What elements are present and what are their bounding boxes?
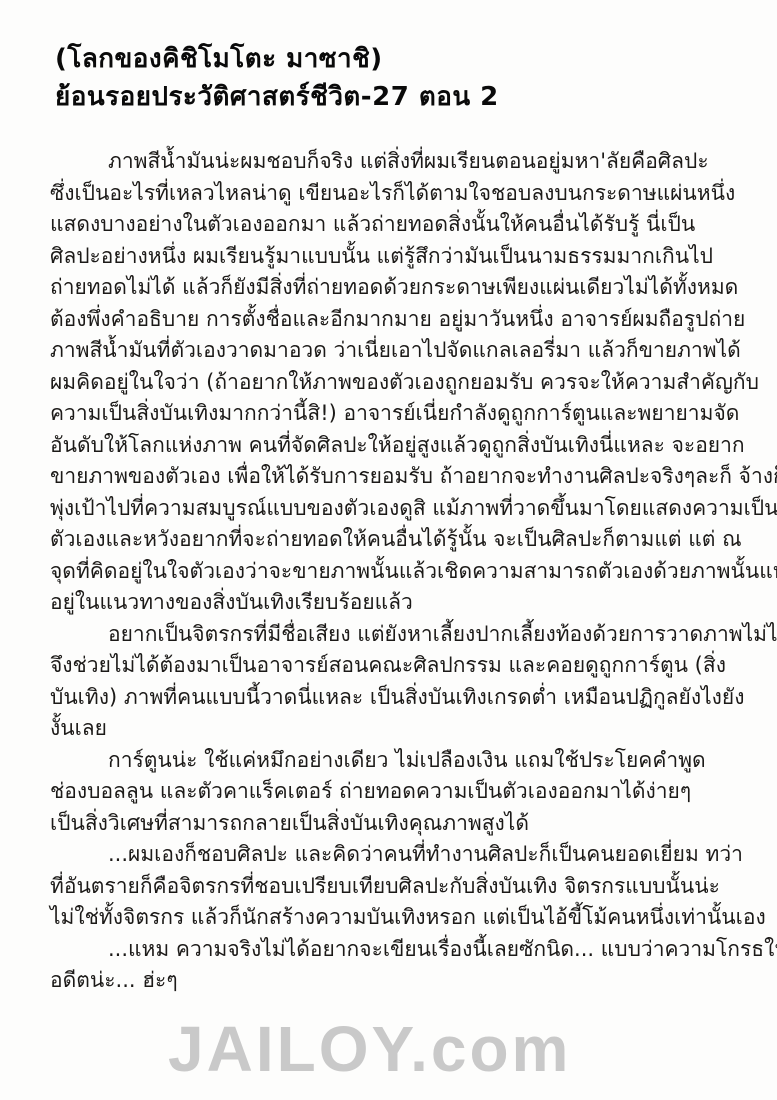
paragraph: การ์ตูนน่ะ ใช้แค่หมึกอย่างเดียว ไม่เปลือ… xyxy=(50,745,750,840)
text-line: อยากเป็นจิตรกรที่มีชื่อเสียง แต่ยังหาเลี… xyxy=(50,619,750,651)
text-line: ช่องบอลลูน และตัวคาแร็คเตอร์ ถ่ายทอดความ… xyxy=(50,776,750,808)
page-title-line2: ย้อนรอยประวัติศาสตร์ชีวิต-27 ตอน 2 xyxy=(55,78,499,116)
paragraph: อยากเป็นจิตรกรที่มีชื่อเสียง แต่ยังหาเลี… xyxy=(50,619,750,745)
text-line: ความเป็นสิ่งบันเทิงมากกว่านี้สิ!) อาจารย… xyxy=(50,398,750,430)
text-line: ...แหม ความจริงไม่ได้อยากจะเขียนเรื่องนี… xyxy=(50,934,750,966)
text-line: อดีตน่ะ... ฮ่ะๆ xyxy=(50,965,750,997)
text-line: ซึ่งเป็นอะไรที่เหลวไหลน่าดู เขียนอะไรก็ไ… xyxy=(50,178,750,210)
paragraph: ภาพสีน้ำมันน่ะผมชอบก็จริง แต่สิ่งที่ผมเร… xyxy=(50,146,750,619)
text-line: ภาพสีน้ำมันน่ะผมชอบก็จริง แต่สิ่งที่ผมเร… xyxy=(50,146,750,178)
page-title-line1: (โลกของคิชิโมโตะ มาซาชิ) xyxy=(55,40,499,78)
text-line: ไม่ใช่ทั้งจิตรกร แล้วก็นักสร้างความบันเท… xyxy=(50,902,750,934)
text-line: ต้องพึ่งคำอธิบาย การตั้งชื่อและอีกมากมาย… xyxy=(50,304,750,336)
text-line: จึงช่วยไม่ได้ต้องมาเป็นอาจารย์สอนคณะศิลป… xyxy=(50,650,750,682)
scanned-document-page: (โลกของคิชิโมโตะ มาซาชิ) ย้อนรอยประวัติศ… xyxy=(0,0,777,1100)
watermark-text: JAILOY.com xyxy=(168,1012,571,1086)
text-line: ศิลปะอย่างหนึ่ง ผมเรียนรู้มาแบบนั้น แต่ร… xyxy=(50,241,750,273)
text-line: ...ผมเองก็ชอบศิลปะ และคิดว่าคนที่ทำงานศิ… xyxy=(50,839,750,871)
text-line: พุ่งเป้าไปที่ความสมบูรณ์แบบของตัวเองดูสิ… xyxy=(50,493,750,525)
text-line: ภาพสีน้ำมันที่ตัวเองวาดมาอวด ว่าเนี่ยเอา… xyxy=(50,335,750,367)
page-title: (โลกของคิชิโมโตะ มาซาชิ) ย้อนรอยประวัติศ… xyxy=(55,40,499,116)
text-line: ผมคิดอยู่ในใจว่า (ถ้าอยากให้ภาพของตัวเอง… xyxy=(50,367,750,399)
text-line: อันดับให้โลกแห่งภาพ คนที่จัดศิลปะให้อยู่… xyxy=(50,430,750,462)
text-line: ที่อันตรายก็คือจิตรกรที่ชอบเปรียบเทียบศิ… xyxy=(50,871,750,903)
article-body: ภาพสีน้ำมันน่ะผมชอบก็จริง แต่สิ่งที่ผมเร… xyxy=(50,146,750,997)
text-line: การ์ตูนน่ะ ใช้แค่หมึกอย่างเดียว ไม่เปลือ… xyxy=(50,745,750,777)
text-line: ขายภาพของตัวเอง เพื่อให้ได้รับการยอมรับ … xyxy=(50,461,750,493)
paragraph: ...ผมเองก็ชอบศิลปะ และคิดว่าคนที่ทำงานศิ… xyxy=(50,839,750,934)
text-line: แสดงบางอย่างในตัวเองออกมา แล้วถ่ายทอดสิ่… xyxy=(50,209,750,241)
text-line: ถ่ายทอดไม่ได้ แล้วก็ยังมีสิ่งที่ถ่ายทอดด… xyxy=(50,272,750,304)
text-line: อยู่ในแนวทางของสิ่งบันเทิงเรียบร้อยแล้ว xyxy=(50,587,750,619)
text-line: บันเทิง) ภาพที่คนแบบนี้วาดนี่แหละ เป็นสิ… xyxy=(50,682,750,714)
text-line: งั้นเลย xyxy=(50,713,750,745)
text-line: ตัวเองและหวังอยากที่จะถ่ายทอดให้คนอื่นได… xyxy=(50,524,750,556)
text-line: เป็นสิ่งวิเศษที่สามารถกลายเป็นสิ่งบันเทิ… xyxy=(50,808,750,840)
text-line: จุดที่คิดอยู่ในใจตัวเองว่าจะขายภาพนั้นแล… xyxy=(50,556,750,588)
paragraph: ...แหม ความจริงไม่ได้อยากจะเขียนเรื่องนี… xyxy=(50,934,750,997)
